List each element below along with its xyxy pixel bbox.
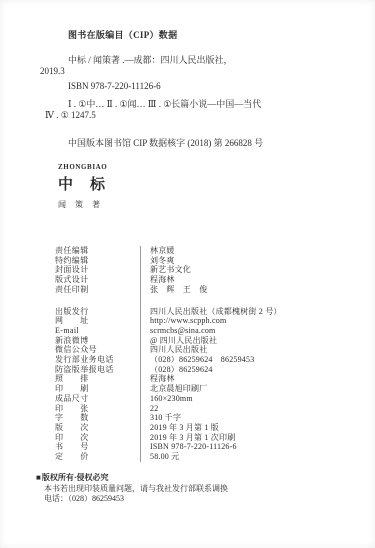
- colophon-label: 封面设计: [55, 265, 140, 275]
- colophon-row: 网 址http://www.scpph.com: [55, 316, 349, 326]
- cip-heading: 图书在版编目（CIP）数据: [68, 30, 349, 41]
- colophon-value: 四川人民出版社（成都槐树街 2 号）: [140, 307, 349, 317]
- colophon-row: 发行部业务电话（028）86259624 86259453: [55, 355, 349, 365]
- colophon-label: 出版发行: [55, 307, 140, 317]
- colophon-value: 北京晨旭印刷厂: [140, 384, 349, 394]
- notice-line3: 电话：（028）86259453: [44, 494, 349, 505]
- publication-rows-group: 出版发行四川人民出版社（成都槐树街 2 号）网 址http://www.scpp…: [55, 307, 349, 462]
- notice-line2: 本书若出现印装质量问题，请与我社发行部联系调换: [44, 484, 349, 495]
- colophon-label: 印 次: [55, 433, 140, 443]
- cip-entry-line1: 中标 / 闻策著 .—成都：四川人民出版社，: [68, 55, 349, 66]
- colophon-label: 字 数: [55, 413, 140, 423]
- colophon-value: 160×230mm: [140, 394, 349, 404]
- colophon-label: 特约编辑: [55, 256, 140, 266]
- cip-classification-line1: Ⅰ . ①中… Ⅱ . ①闻… Ⅲ . ①长篇小说—中国—当代: [68, 99, 349, 110]
- colophon-label: E-mail: [55, 326, 140, 336]
- colophon-label: 版 次: [55, 423, 140, 433]
- colophon-value: 刘冬爽: [140, 256, 349, 266]
- colophon-label: 照 排: [55, 374, 140, 384]
- colophon-row: 照 排程海林: [55, 374, 349, 384]
- cip-classification-line2: Ⅳ . ① 1247.5: [45, 110, 349, 121]
- colophon-row: 出版发行四川人民出版社（成都槐树街 2 号）: [55, 307, 349, 317]
- colophon-row: 防盗版举报电话（028）86259624: [55, 365, 349, 375]
- colophon-row: 责任编辑林京媛: [55, 246, 349, 256]
- colophon-value: 四川人民出版社: [140, 345, 349, 355]
- colophon-label: 微信公众号: [55, 345, 140, 355]
- cip-entry-line2: 2019.3: [40, 66, 349, 77]
- colophon-label: 版式设计: [55, 275, 140, 285]
- notice-line1-text: 版权所有·侵权必究: [42, 473, 109, 482]
- colophon-row: 版式设计程海林: [55, 275, 349, 285]
- colophon-value: 程海林: [140, 374, 349, 384]
- colophon-table: 责任编辑林京媛特约编辑刘冬爽封面设计新艺书文化版式设计程海林责任印制张 辉 王 …: [55, 246, 349, 462]
- colophon-row: 微信公众号四川人民出版社: [55, 345, 349, 355]
- colophon-label: 定 价: [55, 452, 140, 462]
- colophon-label: 新浪微博: [55, 336, 140, 346]
- group-gap: [55, 295, 349, 307]
- colophon-value: scrmcbs@sina.com: [140, 326, 349, 336]
- colophon-value: 310 千字: [140, 413, 349, 423]
- colophon-label: 印 刷: [55, 384, 140, 394]
- colophon-value: ISBN 978-7-220-11126-6: [140, 442, 349, 452]
- book-author: 闻 策 著: [58, 199, 107, 210]
- notice-line1: ■版权所有·侵权必究: [36, 473, 349, 484]
- colophon-value: （028）86259624 86259453: [140, 355, 349, 365]
- book-title: 中 标: [58, 173, 107, 194]
- colophon-label: 防盗版举报电话: [55, 365, 140, 375]
- colophon-row: 责任印制张 辉 王 俊: [55, 285, 349, 295]
- colophon-row: 新浪微博@ 四川人民出版社: [55, 336, 349, 346]
- colophon-value: 新艺书文化: [140, 265, 349, 275]
- colophon-value: 2019 年 3 月第 1 次印刷: [140, 433, 349, 443]
- colophon-row: 特约编辑刘冬爽: [55, 256, 349, 266]
- title-pinyin: ZHONGBIAO: [58, 163, 107, 171]
- colophon-value: 程海林: [140, 275, 349, 285]
- colophon-value: http://www.scpph.com: [140, 316, 349, 326]
- colophon-value: @ 四川人民出版社: [140, 336, 349, 346]
- colophon-value: 2019 年 3 月第 1 版: [140, 423, 349, 433]
- colophon-label: 成品尺寸: [55, 394, 140, 404]
- colophon-label: 发行部业务电话: [55, 355, 140, 365]
- colophon-row: 印 次2019 年 3 月第 1 次印刷: [55, 433, 349, 443]
- cip-isbn-line: ISBN 978-7-220-11126-6: [68, 81, 349, 92]
- colophon-row: 书 号ISBN 978-7-220-11126-6: [55, 442, 349, 452]
- colophon-value: 22: [140, 404, 349, 414]
- colophon-value: （028）86259624: [140, 365, 349, 375]
- colophon-row: 字 数310 千字: [55, 413, 349, 423]
- colophon-value: 林京媛: [140, 246, 349, 256]
- colophon-value: 58.00 元: [140, 452, 349, 462]
- copyright-page: 图书在版编目（CIP）数据 中标 / 闻策著 .—成都：四川人民出版社， 201…: [0, 0, 375, 548]
- colophon-value: 张 辉 王 俊: [140, 285, 349, 295]
- cip-record-number: 中国版本图书馆 CIP 数据核字 (2018) 第 266828 号: [68, 138, 349, 149]
- colophon-label: 责任编辑: [55, 246, 140, 256]
- colophon-row: 定 价58.00 元: [55, 452, 349, 462]
- colophon-label: 网 址: [55, 316, 140, 326]
- staff-rows-group: 责任编辑林京媛特约编辑刘冬爽封面设计新艺书文化版式设计程海林责任印制张 辉 王 …: [55, 246, 349, 295]
- copyright-notice: ■版权所有·侵权必究 本书若出现印装质量问题，请与我社发行部联系调换 电话：（0…: [36, 473, 349, 505]
- colophon-label: 印 张: [55, 404, 140, 414]
- colophon-row: 成品尺寸160×230mm: [55, 394, 349, 404]
- square-bullet-icon: ■: [36, 473, 41, 482]
- colophon-row: 印 张22: [55, 404, 349, 414]
- colophon-row: E-mailscrmcbs@sina.com: [55, 326, 349, 336]
- colophon-row: 版 次2019 年 3 月第 1 版: [55, 423, 349, 433]
- cip-block: 图书在版编目（CIP）数据 中标 / 闻策著 .—成都：四川人民出版社， 201…: [38, 30, 349, 149]
- colophon-label: 责任印制: [55, 285, 140, 295]
- colophon-row: 封面设计新艺书文化: [55, 265, 349, 275]
- colophon-label: 书 号: [55, 442, 140, 452]
- colophon-row: 印 刷北京晨旭印刷厂: [55, 384, 349, 394]
- title-block: ZHONGBIAO 中 标 闻 策 著: [58, 163, 107, 210]
